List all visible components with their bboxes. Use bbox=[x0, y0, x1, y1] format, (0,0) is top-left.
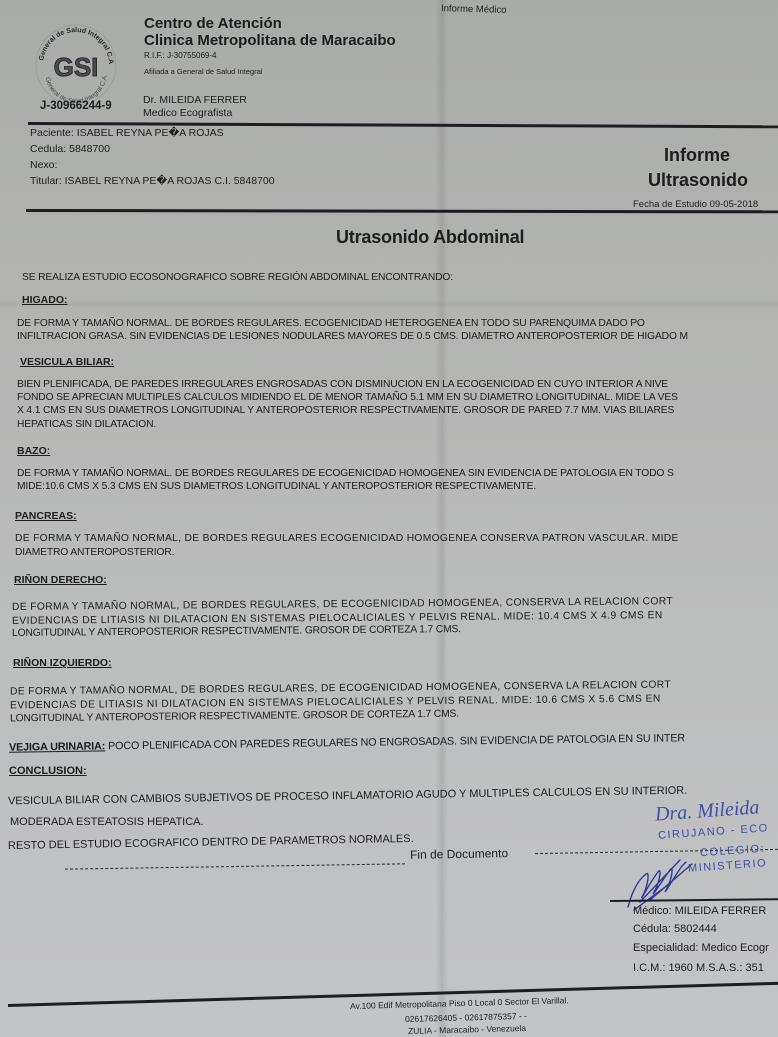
intro-text: SE REALIZA ESTUDIO ECOSONOGRAFICO SOBRE … bbox=[22, 272, 453, 283]
section-heading-conclusion: CONCLUSION: bbox=[9, 765, 87, 777]
patient-titular: Titular: ISABEL REYNA PE�A ROJAS C.I. 58… bbox=[30, 175, 275, 187]
section-heading-pancreas: PANCREAS: bbox=[15, 510, 77, 522]
section-heading-vejiga: VEJIGA URINARIA: bbox=[9, 740, 105, 753]
bazo-line: MIDE:10.6 CMS X 5.3 CMS EN SUS DIAMETROS… bbox=[17, 481, 536, 492]
signature-especialidad: Especialidad: Medico Ecogr bbox=[633, 942, 769, 954]
study-date: Fecha de Estudio 09-05-2018 bbox=[633, 199, 758, 210]
header-doctor-title: Medico Ecografista bbox=[143, 107, 232, 119]
end-dashes-left bbox=[65, 863, 405, 869]
vesicula-line: HEPATICAS SIN DILATACION. bbox=[17, 419, 156, 430]
signature-cedula: Cédula: 5802444 bbox=[633, 923, 717, 935]
conclusion-line: RESTO DEL ESTUDIO ECOGRAFICO DENTRO DE P… bbox=[8, 833, 414, 852]
patient-divider bbox=[26, 209, 778, 213]
pancreas-line: DE FORMA Y TAMAÑO NORMAL, DE BORDES REGU… bbox=[15, 533, 679, 544]
vejiga-line: VEJIGA URINARIA: POCO PLENIFICADA CON PA… bbox=[9, 732, 685, 753]
section-heading-rinon-derecho: RIÑON DERECHO: bbox=[14, 574, 107, 586]
report-title-line2: Ultrasonido bbox=[648, 170, 748, 191]
report-title-line1: Informe bbox=[664, 145, 730, 166]
patient-nexo: Nexo: bbox=[30, 159, 57, 171]
vejiga-text: POCO PLENIFICADA CON PAREDES REGULARES N… bbox=[108, 732, 685, 752]
organization-rif: R.I.F.: J-30755069-4 bbox=[144, 51, 216, 60]
conclusion-line: MODERADA ESTEATOSIS HEPATICA. bbox=[10, 816, 204, 828]
paper-fold-vertical bbox=[436, 0, 448, 1037]
vesicula-line: FONDO SE APRECIAN MULTIPLES CALCULOS MID… bbox=[17, 392, 678, 403]
logo-rif: J-30966244-9 bbox=[40, 100, 112, 112]
bazo-line: DE FORMA Y TAMAÑO NORMAL. DE BORDES REGU… bbox=[17, 468, 674, 479]
conclusion-line: VESICULA BILIAR CON CAMBIOS SUBJETIVOS D… bbox=[8, 785, 687, 808]
paper-fold-horizontal bbox=[0, 300, 778, 308]
signature-icon bbox=[620, 852, 730, 912]
footer-location: ZULIA - Maracaibo - Venezuela bbox=[408, 1023, 526, 1036]
section-heading-bazo: BAZO: bbox=[17, 445, 50, 457]
footer-address: Av.100 Edif Metropolitana Piso 0 Local 0… bbox=[350, 995, 569, 1011]
stamp-name: Dra. Mileida bbox=[654, 796, 760, 826]
footer-phones: 02617626405 - 02617875357 - - bbox=[405, 1011, 527, 1024]
signature-registro: I.C.M.: 1960 M.S.A.S.: 351 bbox=[633, 962, 764, 974]
study-title: Utrasonido Abdominal bbox=[336, 227, 524, 248]
medical-report-page: General de Salud Integral C.A. General d… bbox=[0, 0, 778, 1037]
vesicula-line: X 4.1 CMS EN SUS DIAMETROS LONGITUDINAL … bbox=[17, 405, 674, 416]
section-heading-rinon-izquierdo: RIÑON IZQUIERDO: bbox=[13, 657, 112, 669]
organization-line1: Centro de Atención bbox=[144, 15, 282, 32]
higado-line: INFILTRACION GRASA. SIN EVIDENCIAS DE LE… bbox=[17, 331, 688, 342]
rinon-izquierdo-line: LONGITUDINAL Y ANTEROPOSTERIOR RESPECTIV… bbox=[10, 709, 459, 725]
higado-line: DE FORMA Y TAMAÑO NORMAL. DE BORDES REGU… bbox=[17, 318, 645, 329]
patient-name: Paciente: ISABEL REYNA PE�A ROJAS bbox=[30, 127, 224, 139]
patient-cedula: Cedula: 5848700 bbox=[30, 143, 110, 155]
vesicula-line: BIEN PLENIFICADA, DE PAREDES IRREGULARES… bbox=[17, 379, 668, 390]
section-heading-higado: HIGADO: bbox=[22, 294, 68, 306]
affiliation: Afiliada a General de Salud Integral bbox=[144, 67, 262, 76]
document-type: Informe Médico bbox=[441, 3, 507, 16]
organization-line2: Clinica Metropolitana de Maracaibo bbox=[144, 32, 396, 49]
section-heading-vesicula: VESICULA BILIAR: bbox=[20, 356, 114, 368]
pancreas-line: DIAMETRO ANTEROPOSTERIOR. bbox=[15, 547, 174, 558]
end-of-document: Fin de Documento bbox=[410, 846, 508, 862]
header-doctor-name: Dr. MILEIDA FERRER bbox=[143, 94, 247, 106]
rinon-derecho-line: LONGITUDINAL Y ANTEROPOSTERIOR RESPECTIV… bbox=[12, 624, 461, 639]
svg-text:GSI: GSI bbox=[54, 52, 99, 82]
signature-medico: Médico: MILEIDA FERRER bbox=[633, 905, 766, 917]
gsi-logo-icon: General de Salud Integral C.A. General d… bbox=[33, 22, 119, 108]
